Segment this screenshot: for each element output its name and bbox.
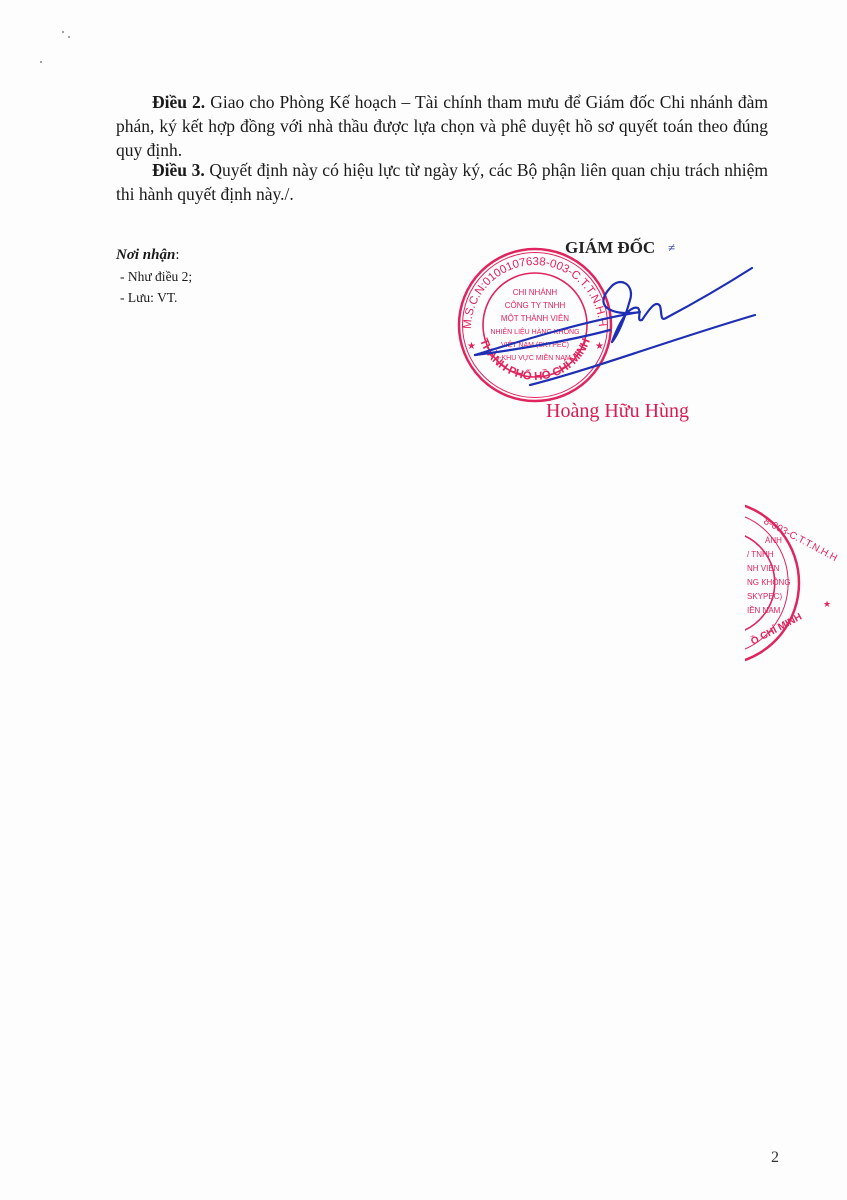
signer-title: GIÁM ĐỐC — [565, 238, 655, 258]
signer-name: Hoàng Hữu Hùng — [546, 400, 689, 423]
edge-stamp: 8-003-C.T.T.N.H.H Ồ CHÍ MINH ★ ÁNH/ TNHH… — [745, 495, 847, 670]
svg-text:IỀN NAM: IỀN NAM — [747, 605, 781, 615]
document-page: Điều 2. Giao cho Phòng Kế hoạch – Tài ch… — [0, 0, 847, 1200]
svg-text:SKYPEC): SKYPEC) — [747, 592, 782, 601]
article-3-label: Điều 3. — [152, 160, 205, 180]
article-2-label: Điều 2. — [152, 92, 205, 112]
svg-text:/ TNHH: / TNHH — [747, 550, 774, 559]
handwritten-signature — [470, 260, 760, 400]
svg-text:★: ★ — [823, 599, 831, 609]
recipient-item: - Lưu: VT. — [116, 287, 192, 308]
initial-mark: ≠ — [668, 240, 675, 256]
recipients-block: Nơi nhận: - Như điều 2; - Lưu: VT. — [116, 245, 192, 308]
article-3: Điều 3. Quyết định này có hiệu lực từ ng… — [116, 158, 768, 206]
svg-text:ÁNH: ÁNH — [765, 536, 782, 545]
svg-text:NG KHÔNG: NG KHÔNG — [747, 578, 791, 587]
recipient-item: - Như điều 2; — [116, 266, 192, 287]
svg-text:NH VIÊN: NH VIÊN — [747, 564, 780, 573]
page-number: 2 — [771, 1149, 779, 1167]
recipients-heading: Nơi nhận: — [116, 245, 192, 266]
article-3-text: Quyết định này có hiệu lực từ ngày ký, c… — [116, 160, 768, 204]
article-2: Điều 2. Giao cho Phòng Kế hoạch – Tài ch… — [116, 90, 768, 162]
svg-text:Ồ CHÍ MINH: Ồ CHÍ MINH — [748, 610, 804, 648]
article-2-text: Giao cho Phòng Kế hoạch – Tài chính tham… — [116, 92, 768, 160]
